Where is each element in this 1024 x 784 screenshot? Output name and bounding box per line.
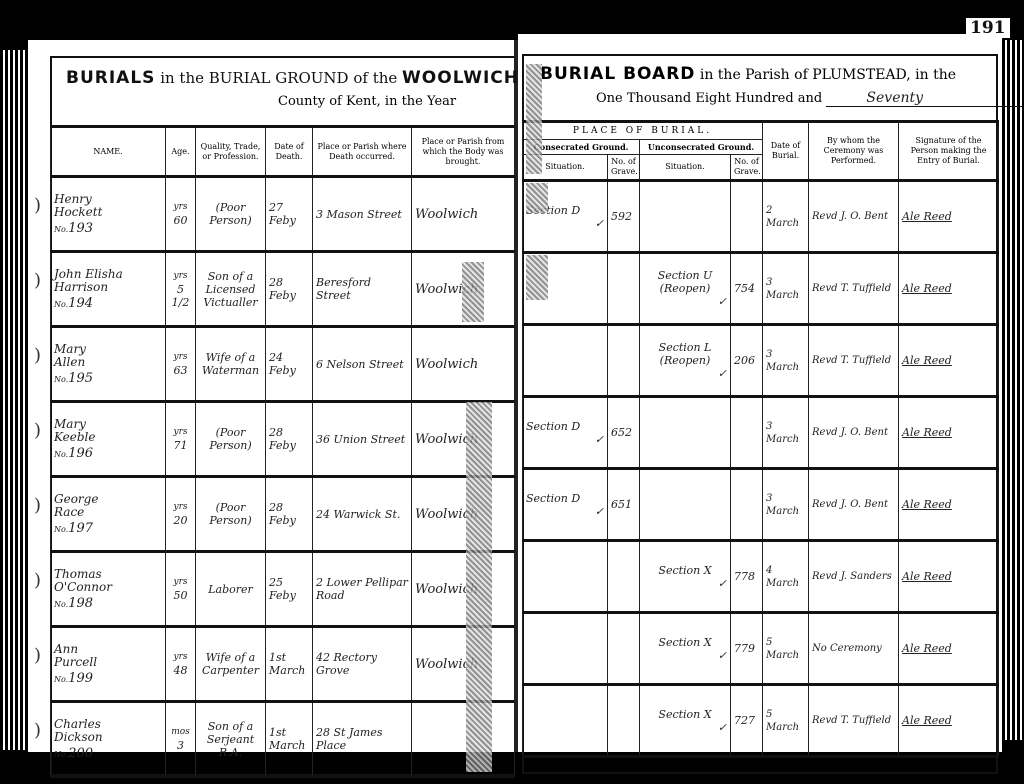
entry-number-prefix: No. — [54, 300, 68, 309]
margin-bracket-mark: ) — [34, 570, 41, 591]
check-mark-icon: ✓ — [643, 295, 727, 308]
entry-brought-from: Woolwich — [412, 177, 515, 252]
entry-death-date: 28 Feby — [266, 477, 313, 552]
entry-death-place: 3 Mason Street — [313, 177, 412, 252]
entry-burial-date: 2 March — [763, 181, 809, 253]
entry-signature: Ale Reed — [899, 325, 999, 397]
entry-cons-situation — [523, 541, 608, 613]
entry-death-date: 28 Feby — [266, 402, 313, 477]
margin-bracket-mark: ) — [34, 270, 41, 291]
entry-brought-from: Woolwich — [412, 552, 515, 627]
entry-number-prefix: No. — [54, 525, 68, 534]
paper-stain — [526, 64, 542, 174]
entry-uncons-grave — [731, 469, 763, 541]
title-middle-text: in the BURIAL GROUND of the — [160, 69, 397, 87]
entry-number-prefix: No. — [54, 600, 68, 609]
register-entry-row: GeorgeRaceNo.197yrs20(Poor Person)28 Feb… — [51, 477, 515, 552]
entry-age-unit: mos — [169, 726, 192, 739]
entry-age: 71 — [174, 439, 188, 452]
entry-quality: Wife of a Carpenter — [196, 627, 266, 702]
title-parish-text: in the Parish of PLUMSTEAD, in the — [700, 67, 956, 83]
entry-signature: Ale Reed — [899, 613, 999, 685]
col-quality: Quality, Trade, or Profession. — [196, 127, 266, 177]
entry-death-place: 42 Rectory Grove — [313, 627, 412, 702]
check-mark-icon: ✓ — [526, 505, 604, 518]
entry-cons-grave: 651 — [608, 469, 640, 541]
entry-cons-grave: 592 — [608, 181, 640, 253]
entry-age-cell: yrs71 — [166, 402, 196, 477]
entry-death-date: 25 Feby — [266, 552, 313, 627]
entry-signature: Ale Reed — [899, 469, 999, 541]
entry-cons-situation — [523, 325, 608, 397]
entry-age: 3 — [177, 739, 184, 752]
entry-quality: Wife of a Waterman — [196, 327, 266, 402]
entry-first-name: Charles — [54, 717, 101, 731]
entry-uncons-situation: Section X✓ — [640, 613, 731, 685]
title-woolwich: WOOLWICH — [402, 68, 519, 88]
entry-uncons-situation: Section X✓ — [640, 685, 731, 757]
entry-number-value: 197 — [68, 521, 93, 536]
entry-surname: Keeble — [54, 430, 95, 444]
entry-cons-grave — [608, 613, 640, 685]
uncons-situation-text: Section L (Reopen) — [659, 341, 712, 367]
burial-detail-row: Section X✓7275 MarchRevd T. TuffieldAle … — [523, 685, 999, 757]
entry-burial-date: 5 March — [763, 685, 809, 757]
entry-age-unit: yrs — [169, 576, 192, 589]
entry-death-place: 36 Union Street — [313, 402, 412, 477]
burial-detail-row: Section D✓5922 MarchRevd J. O. BentAle R… — [523, 181, 999, 253]
col-signature: Signature of the Person making the Entry… — [899, 122, 999, 181]
entry-age-cell: yrs5 1/2 — [166, 252, 196, 327]
entry-cons-grave — [608, 253, 640, 325]
burial-detail-row: Section L (Reopen)✓2063 MarchRevd T. Tuf… — [523, 325, 999, 397]
entry-cons-grave — [608, 685, 640, 757]
entry-signature: Ale Reed — [899, 685, 999, 757]
entry-cons-situation — [523, 613, 608, 685]
col-age: Age. — [166, 127, 196, 177]
entry-age-unit: yrs — [169, 270, 192, 283]
entry-cons-situation: Section D✓ — [523, 469, 608, 541]
entry-burial-date: 3 March — [763, 469, 809, 541]
entry-name-cell: MaryKeebleNo.196 — [51, 402, 166, 477]
margin-bracket-mark: ) — [34, 195, 41, 216]
entry-brought-from — [412, 702, 515, 777]
entry-number-prefix: No. — [54, 225, 68, 234]
paper-stain — [466, 402, 492, 772]
entry-age: 48 — [174, 664, 188, 677]
burial-detail-row: Section D✓6523 MarchRevd J. O. BentAle R… — [523, 397, 999, 469]
entry-uncons-grave: 727 — [731, 685, 763, 757]
entry-death-date: 1st March — [266, 627, 313, 702]
margin-bracket-mark: ) — [34, 720, 41, 741]
entry-age-cell: yrs20 — [166, 477, 196, 552]
book-page-edges-right — [1002, 40, 1024, 740]
register-entry-row: MaryAllenNo.195yrs63Wife of a Waterman24… — [51, 327, 515, 402]
entry-first-name: George — [54, 492, 98, 506]
entry-uncons-situation: Section X✓ — [640, 541, 731, 613]
col-name: NAME. — [51, 127, 166, 177]
col-date-of-burial: Date of Burial. — [763, 122, 809, 181]
entry-number-prefix: No. — [54, 675, 68, 684]
entry-number: No.194 — [54, 297, 162, 311]
entry-burial-date: 4 March — [763, 541, 809, 613]
entry-signature: Ale Reed — [899, 541, 999, 613]
entry-age-cell: yrs60 — [166, 177, 196, 252]
entry-burial-date: 3 March — [763, 325, 809, 397]
entry-number: No.195 — [54, 372, 162, 386]
left-subtitle: County of Kent, in the Year — [278, 94, 506, 109]
entry-cons-grave — [608, 325, 640, 397]
entry-number-value: 198 — [68, 596, 93, 611]
entry-name-cell: ThomasO'ConnorNo.198 — [51, 552, 166, 627]
entry-number-value: 194 — [68, 296, 93, 311]
entry-death-date: 24 Feby — [266, 327, 313, 402]
entry-uncons-grave — [731, 181, 763, 253]
burial-detail-row: Section X✓7795 MarchNo CeremonyAle Reed — [523, 613, 999, 685]
register-entry-row: CharlesDicksonNo.200mos3Son of a Serjean… — [51, 702, 515, 777]
register-entry-row: ThomasO'ConnorNo.198yrs50Laborer25 Feby2… — [51, 552, 515, 627]
entry-name-cell: AnnPurcellNo.199 — [51, 627, 166, 702]
col-ceremony-by: By whom the Ceremony was Performed. — [809, 122, 899, 181]
book-page-edges-left — [0, 50, 28, 750]
margin-bracket-mark: ) — [34, 495, 41, 516]
entry-ceremony-by: Revd J. O. Bent — [809, 469, 899, 541]
entry-death-place: 24 Warwick St. — [313, 477, 412, 552]
entry-age: 20 — [174, 514, 188, 527]
register-entry-row: AnnPurcellNo.199yrs48Wife of a Carpenter… — [51, 627, 515, 702]
col-uncons-situation: Situation. — [640, 155, 731, 181]
entry-signature: Ale Reed — [899, 181, 999, 253]
entry-signature: Ale Reed — [899, 253, 999, 325]
entry-death-place: 28 St James Place — [313, 702, 412, 777]
entry-number: No.193 — [54, 222, 162, 236]
entry-quality: Son of a Serjeant R.A. — [196, 702, 266, 777]
register-entry-row: MaryKeebleNo.196yrs71(Poor Person)28 Feb… — [51, 402, 515, 477]
col-brought-from: Place or Parish from which the Body was … — [412, 127, 515, 177]
register-entry-row: HenryHockettNo.193yrs60(Poor Person)27 F… — [51, 177, 515, 252]
margin-bracket-mark: ) — [34, 645, 41, 666]
entry-age-unit: yrs — [169, 201, 192, 214]
entry-ceremony-by: Revd J. O. Bent — [809, 397, 899, 469]
entry-first-name: Henry — [54, 192, 92, 206]
entry-uncons-situation — [640, 397, 731, 469]
entry-first-name: Mary — [54, 342, 86, 356]
year-handwritten: Seventy — [826, 90, 1024, 107]
entry-quality: (Poor Person) — [196, 402, 266, 477]
margin-bracket-mark: ) — [34, 345, 41, 366]
entry-surname: Harrison — [54, 280, 108, 294]
entry-cons-grave — [608, 541, 640, 613]
entry-quality: (Poor Person) — [196, 477, 266, 552]
entry-surname: Race — [54, 505, 84, 519]
entry-first-name: Thomas — [54, 567, 102, 581]
check-mark-icon: ✓ — [643, 649, 727, 662]
burial-detail-row: Section D✓6513 MarchRevd J. O. BentAle R… — [523, 469, 999, 541]
entry-number: No.197 — [54, 522, 162, 536]
entry-death-place: Beresford Street — [313, 252, 412, 327]
col-place-of-death: Place or Parish where Death occurred. — [313, 127, 412, 177]
entry-age: 50 — [174, 589, 188, 602]
paper-stain — [462, 262, 484, 322]
entry-age: 63 — [174, 364, 188, 377]
uncons-situation-text: Section X — [658, 564, 711, 577]
entry-age-cell: yrs48 — [166, 627, 196, 702]
entry-age-cell: yrs63 — [166, 327, 196, 402]
entry-burial-date: 5 March — [763, 613, 809, 685]
entry-name-cell: John ElishaHarrisonNo.194 — [51, 252, 166, 327]
entry-cons-situation: Section D✓ — [523, 397, 608, 469]
entry-name-cell: HenryHockettNo.193 — [51, 177, 166, 252]
entry-number: No.196 — [54, 447, 162, 461]
uncons-situation-text: Section X — [658, 708, 711, 721]
entry-quality: Son of a Licensed Victualler — [196, 252, 266, 327]
entry-signature: Ale Reed — [899, 397, 999, 469]
entry-age-unit: yrs — [169, 501, 192, 514]
register-entry-row: John ElishaHarrisonNo.194yrs5 1/2Son of … — [51, 252, 515, 327]
entry-brought-from: Woolwich — [412, 327, 515, 402]
margin-bracket-mark: ) — [34, 420, 41, 441]
entry-uncons-situation: Section U (Reopen)✓ — [640, 253, 731, 325]
entry-death-date: 28 Feby — [266, 252, 313, 327]
entry-uncons-grave: 206 — [731, 325, 763, 397]
entry-surname: Dickson — [54, 730, 103, 744]
entry-number: No.200 — [54, 747, 162, 761]
uncons-situation-text: Section X — [658, 636, 711, 649]
entry-number-value: 199 — [68, 671, 93, 686]
entry-burial-date: 3 March — [763, 397, 809, 469]
check-mark-icon: ✓ — [643, 367, 727, 380]
entry-uncons-situation — [640, 181, 731, 253]
entry-age-unit: yrs — [169, 651, 192, 664]
entry-ceremony-by: Revd T. Tuffield — [809, 253, 899, 325]
entry-burial-date: 3 March — [763, 253, 809, 325]
paper-stain — [526, 255, 548, 300]
entry-number-value: 193 — [68, 221, 93, 236]
entry-cons-situation — [523, 685, 608, 757]
entry-name-cell: CharlesDicksonNo.200 — [51, 702, 166, 777]
entry-death-place: 6 Nelson Street — [313, 327, 412, 402]
right-page-title: BURIAL BOARD in the Parish of PLUMSTEAD,… — [540, 64, 1000, 107]
entry-age-cell: mos3 — [166, 702, 196, 777]
entry-uncons-grave — [731, 397, 763, 469]
entry-number-value: 196 — [68, 446, 93, 461]
entry-uncons-situation — [640, 469, 731, 541]
cons-situation-text: Section D — [526, 420, 580, 433]
title-burial-board: BURIAL BOARD — [540, 64, 695, 84]
entry-brought-from: Woolwich — [412, 477, 515, 552]
entry-age: 60 — [174, 214, 188, 227]
entry-surname: Allen — [54, 355, 85, 369]
place-of-burial-header: PLACE OF BURIAL. — [523, 122, 763, 140]
entry-ceremony-by: Revd T. Tuffield — [809, 325, 899, 397]
year-prefix: One Thousand Eight Hundred and — [596, 91, 822, 106]
entry-first-name: Mary — [54, 417, 86, 431]
col-cons-grave: No. of Grave. — [608, 155, 640, 181]
col-date-of-death: Date of Death. — [266, 127, 313, 177]
entry-death-date: 27 Feby — [266, 177, 313, 252]
entry-number: No.198 — [54, 597, 162, 611]
entry-ceremony-by: Revd J. O. Bent — [809, 181, 899, 253]
entry-age-cell: yrs50 — [166, 552, 196, 627]
entry-age: 5 1/2 — [172, 283, 190, 309]
check-mark-icon: ✓ — [526, 217, 604, 230]
burial-detail-row: Section U (Reopen)✓7543 MarchRevd T. Tuf… — [523, 253, 999, 325]
uncons-situation-text: Section U (Reopen) — [658, 269, 713, 295]
entry-number-prefix: No. — [54, 450, 68, 459]
entry-first-name: John Elisha — [54, 267, 123, 281]
entry-uncons-grave: 778 — [731, 541, 763, 613]
entry-number: No.199 — [54, 672, 162, 686]
entry-quality: (Poor Person) — [196, 177, 266, 252]
entry-death-place: 2 Lower Pellipar Road — [313, 552, 412, 627]
entry-death-date: 1st March — [266, 702, 313, 777]
entry-number-prefix: No. — [54, 375, 68, 384]
entry-uncons-grave: 754 — [731, 253, 763, 325]
entry-name-cell: MaryAllenNo.195 — [51, 327, 166, 402]
entry-ceremony-by: Revd J. Sanders — [809, 541, 899, 613]
check-mark-icon: ✓ — [526, 433, 604, 446]
burial-detail-row: Section X✓7784 MarchRevd J. SandersAle R… — [523, 541, 999, 613]
unconsecrated-header: Unconsecrated Ground. — [640, 140, 763, 155]
title-burials: BURIALS — [66, 68, 155, 88]
entry-ceremony-by: No Ceremony — [809, 613, 899, 685]
check-mark-icon: ✓ — [643, 577, 727, 590]
check-mark-icon: ✓ — [643, 721, 727, 734]
entry-age-unit: yrs — [169, 426, 192, 439]
entry-quality: Laborer — [196, 552, 266, 627]
entry-number-value: 200 — [68, 746, 93, 761]
entry-number-prefix: No. — [54, 750, 68, 759]
paper-stain — [526, 183, 548, 213]
entry-uncons-situation: Section L (Reopen)✓ — [640, 325, 731, 397]
entry-ceremony-by: Revd T. Tuffield — [809, 685, 899, 757]
entry-brought-from: Woolwich — [412, 402, 515, 477]
entry-first-name: Ann — [54, 642, 78, 656]
right-register-table: PLACE OF BURIAL. Date of Burial. By whom… — [522, 120, 999, 758]
entry-surname: Purcell — [54, 655, 97, 669]
entry-age-unit: yrs — [169, 351, 192, 364]
col-uncons-grave: No. of Grave. — [731, 155, 763, 181]
entry-name-cell: GeorgeRaceNo.197 — [51, 477, 166, 552]
entry-cons-grave: 652 — [608, 397, 640, 469]
page-number: 191 — [966, 18, 1010, 38]
entry-number-value: 195 — [68, 371, 93, 386]
left-register-table: NAME. Age. Quality, Trade, or Profession… — [50, 125, 515, 778]
entry-surname: O'Connor — [54, 580, 112, 594]
entry-surname: Hockett — [54, 205, 102, 219]
cons-situation-text: Section D — [526, 492, 580, 505]
entry-brought-from: Woolwich — [412, 627, 515, 702]
left-page-title: BURIALS in the BURIAL GROUND of the WOOL… — [66, 68, 506, 109]
entry-uncons-grave: 779 — [731, 613, 763, 685]
